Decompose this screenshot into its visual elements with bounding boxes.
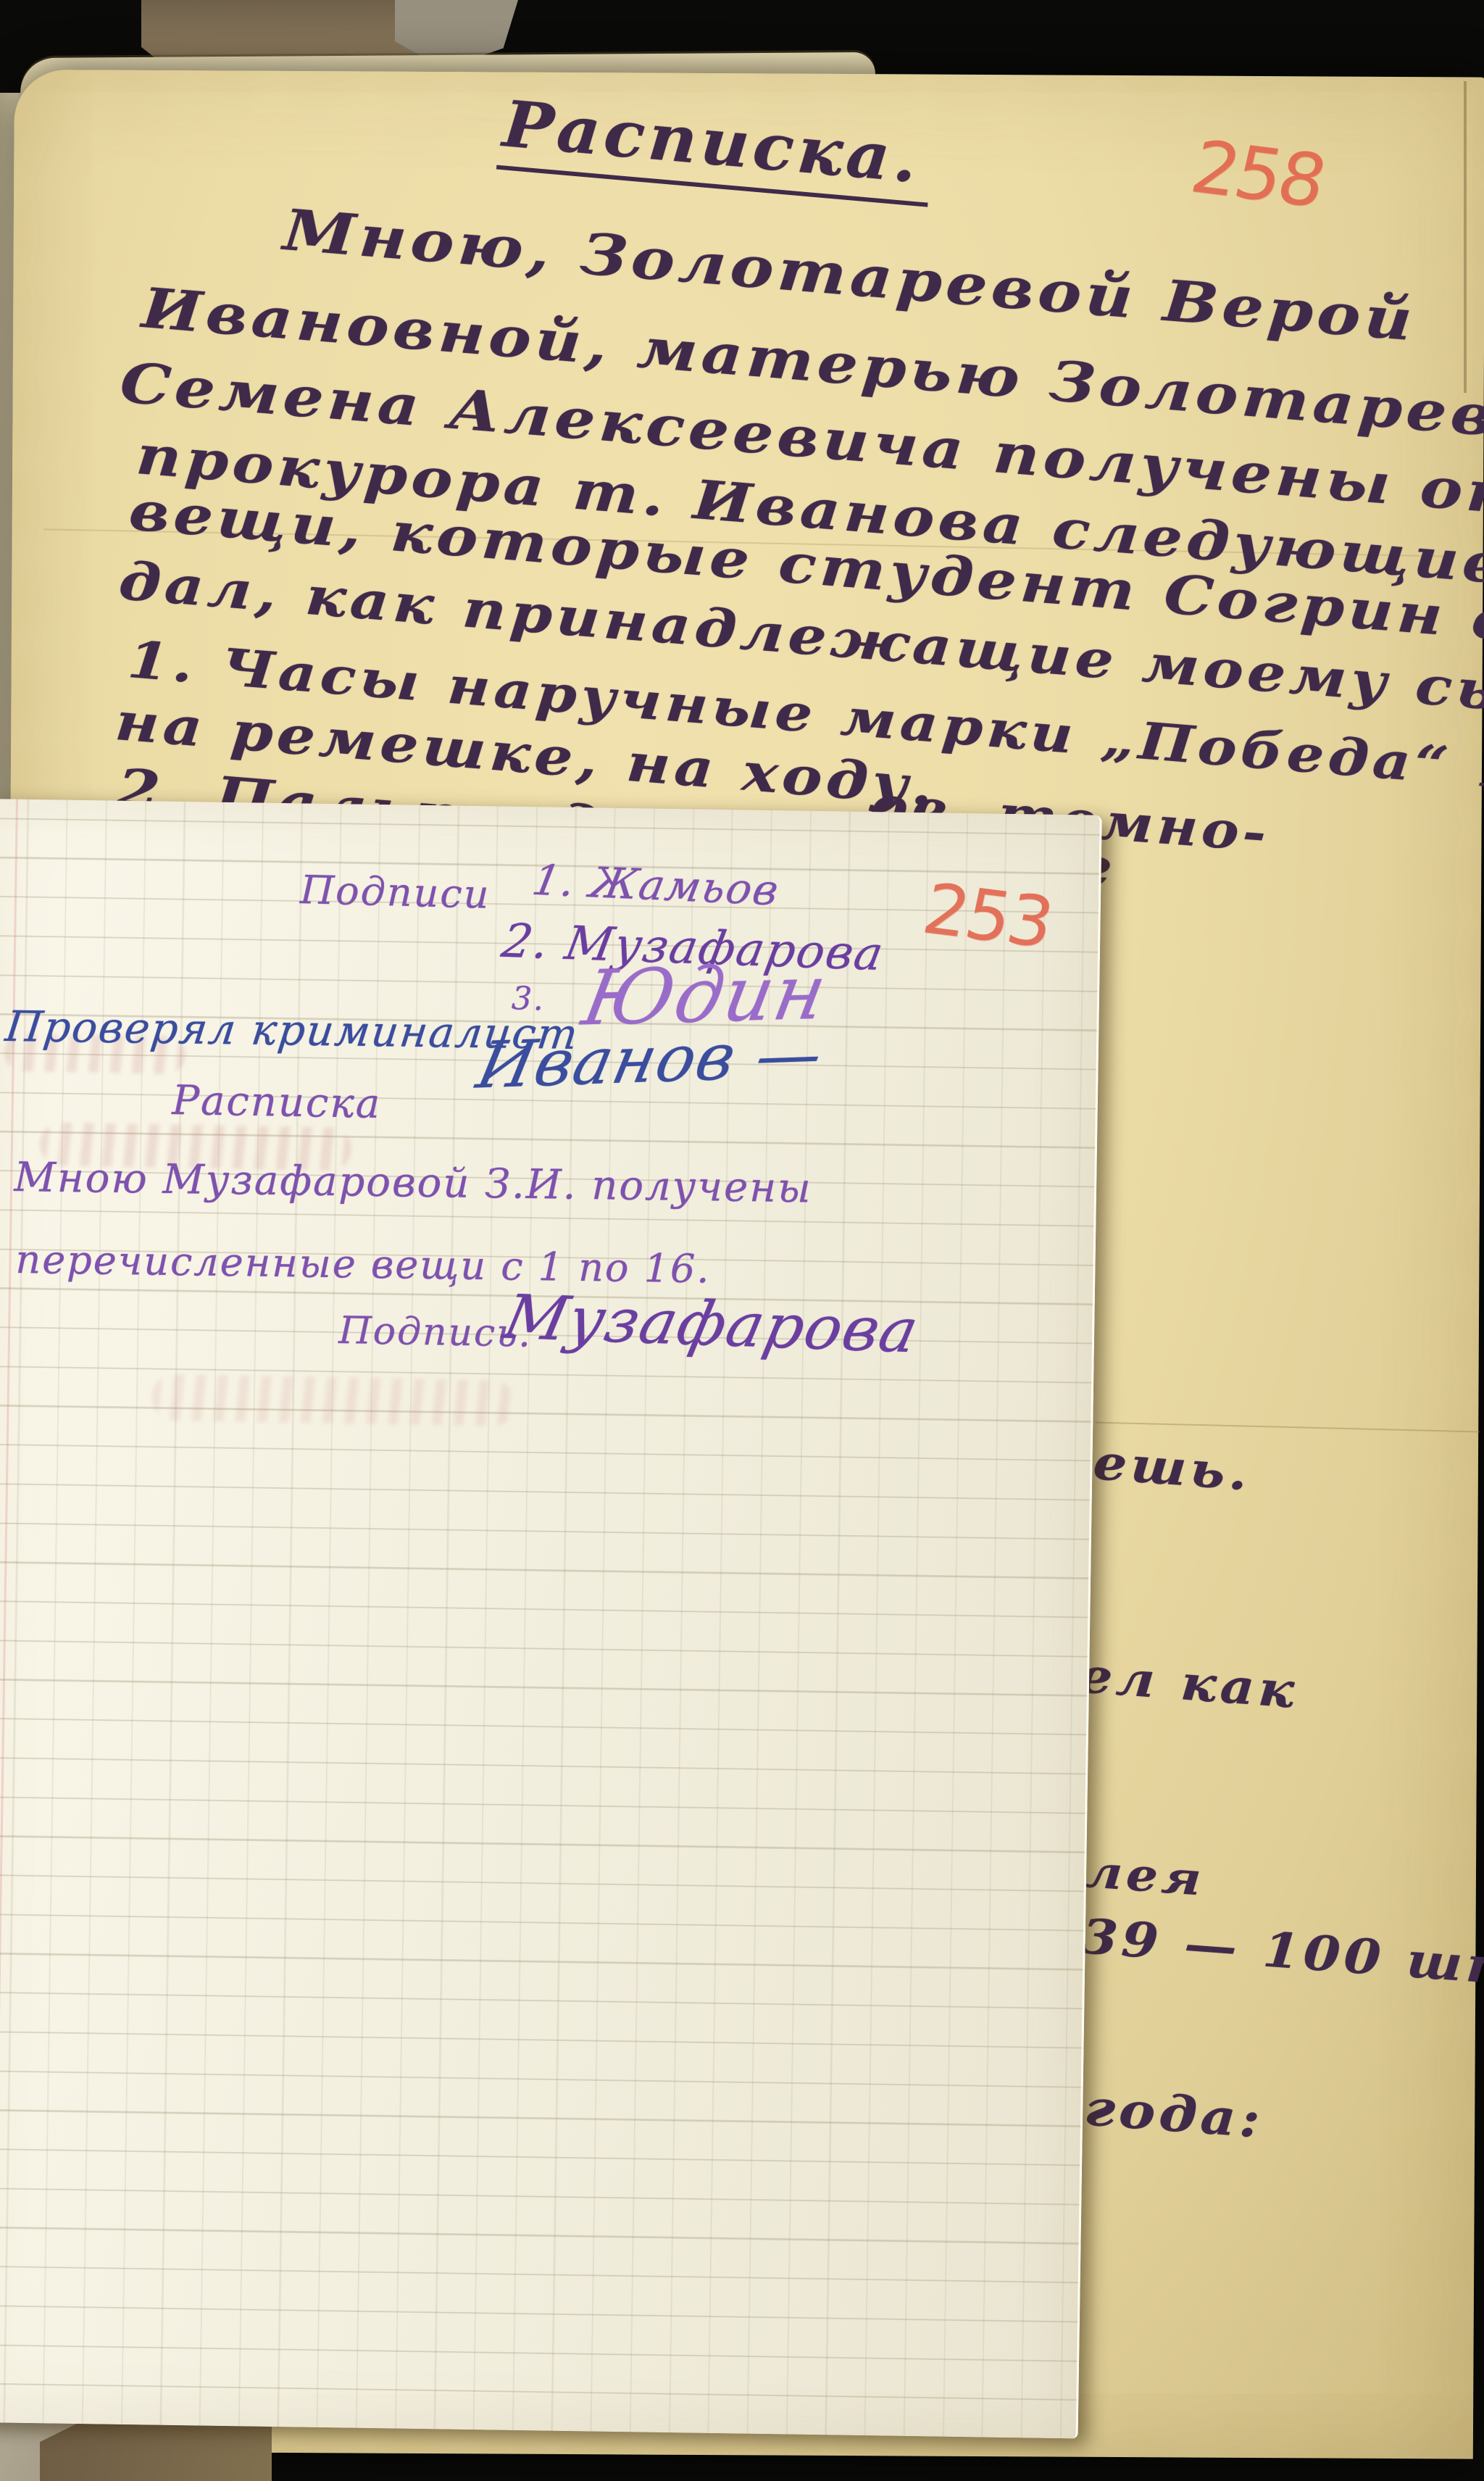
edge-fragment-1: ешь. [1091,1434,1253,1502]
edge-fragment-3: лея [1085,1845,1207,1906]
sheet-edge-right [1464,81,1467,393]
final-signature: Музафарова [498,1281,925,1366]
ink-bleed-through [151,1374,514,1427]
scanned-document: Расписка. 258 Мною, Золотаревой Верой Ив… [0,0,1484,2481]
receipt-line-2: перечисленные вещи с 1 по 16. [15,1237,711,1292]
receipt-subtitle: Расписка [172,1077,382,1128]
signatures-label: Подписи [299,867,491,918]
page-number-red-258: 258 [1184,125,1332,223]
verifier-signature: Иванов — [471,1015,830,1102]
page-number-red-253: 253 [917,868,1059,963]
